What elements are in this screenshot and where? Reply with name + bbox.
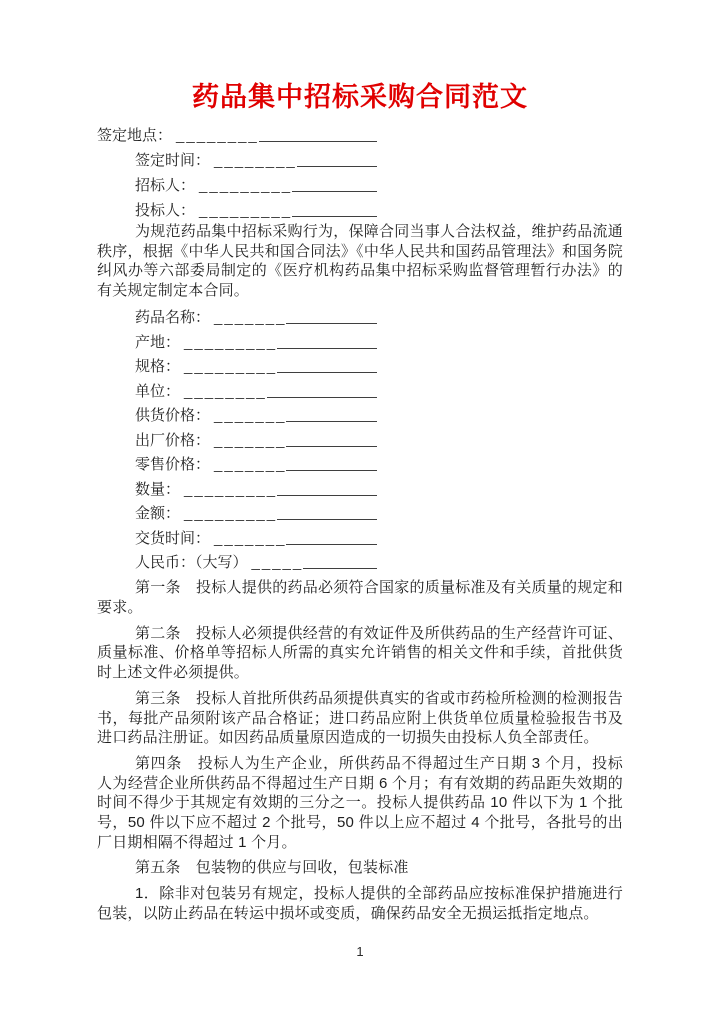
clause-4: 第四条 投标人为生产企业，所供药品不得超过生产日期 3 个月，投标人为经营企业所… xyxy=(97,754,623,853)
field-blank-line xyxy=(259,141,377,142)
clause-2: 第二条 投标人必须提供经营的有效证件及所供药品的生产经营许可证、质量标准、价格单… xyxy=(97,624,623,683)
field-label: 招标人： xyxy=(135,177,195,195)
field-label: 出厂价格： xyxy=(135,432,210,450)
field-label: 零售价格： xyxy=(135,456,210,474)
field-blank-line xyxy=(286,470,377,471)
field-blank-line xyxy=(297,166,377,167)
field-blank-dashes: _________ xyxy=(184,505,277,523)
field-blank-dashes: _________ xyxy=(184,334,277,352)
field-label: 产地： xyxy=(135,334,180,352)
field-row-retail-price: 零售价格： _______ xyxy=(97,450,377,475)
field-row-drug-name: 药品名称： _______ xyxy=(97,303,377,328)
field-row-origin: 产地： _________ xyxy=(97,327,377,352)
preamble-paragraph: 为规范药品集中招标采购行为，保障合同当事人合法权益，维护药品流通秩序，根据《中华… xyxy=(97,222,623,301)
contract-clauses-section: 第一条 投标人提供的药品必须符合国家的质量标准及有关质量的规定和要求。 第二条 … xyxy=(97,578,623,923)
field-row-tenderee: 招标人： _________ xyxy=(97,170,377,195)
field-row-amount: 金额： _________ xyxy=(97,499,377,524)
document-page: 药品集中招标采购合同范文 签定地点： ________ 签定时间： ______… xyxy=(0,0,720,1017)
field-blank-line xyxy=(277,519,377,520)
clause-3: 第三条 投标人首批所供药品须提供真实的省或市药检所检测的检测报告书，每批产品须附… xyxy=(97,689,623,748)
field-label: 交货时间： xyxy=(135,530,210,548)
field-blank-dashes: ________ xyxy=(184,383,267,401)
drug-info-fields-section: 药品名称： _______ 产地： _________ 规格： ________… xyxy=(97,303,623,573)
field-blank-dashes: _______ xyxy=(214,407,286,425)
field-label: 单位： xyxy=(135,383,180,401)
field-blank-line xyxy=(286,544,377,545)
field-blank-line xyxy=(292,191,377,192)
field-blank-dashes: ________ xyxy=(176,127,259,145)
field-blank-line xyxy=(286,446,377,447)
document-title: 药品集中招标采购合同范文 xyxy=(97,84,623,111)
field-blank-dashes: _____ xyxy=(252,554,304,572)
field-blank-line xyxy=(277,372,377,373)
field-blank-dashes: _________ xyxy=(184,481,277,499)
field-label: 规格： xyxy=(135,358,180,376)
field-blank-dashes: _______ xyxy=(214,432,286,450)
field-row-quantity: 数量： _________ xyxy=(97,474,377,499)
field-blank-line xyxy=(277,495,377,496)
field-row-factory-price: 出厂价格： _______ xyxy=(97,425,377,450)
field-blank-line xyxy=(292,216,377,217)
field-label: 药品名称： xyxy=(135,309,210,327)
field-label: 投标人： xyxy=(135,202,195,220)
clause-1: 第一条 投标人提供的药品必须符合国家的质量标准及有关质量的规定和要求。 xyxy=(97,578,623,617)
field-blank-line xyxy=(267,397,377,398)
page-number: 1 xyxy=(0,944,720,959)
field-row-specification: 规格： _________ xyxy=(97,352,377,377)
field-row-delivery-time: 交货时间： _______ xyxy=(97,523,377,548)
field-label: 供货价格： xyxy=(135,407,210,425)
field-label: 金额： xyxy=(135,505,180,523)
field-label: 人民币：（大写） xyxy=(135,554,248,572)
field-row-supply-price: 供货价格： _______ xyxy=(97,401,377,426)
field-blank-line xyxy=(277,348,377,349)
signing-fields-section: 签定地点： ________ 签定时间： ________ 招标人： _____… xyxy=(97,120,623,220)
clause-5-heading: 第五条 包装物的供应与回收，包装标准 xyxy=(97,858,623,878)
field-blank-dashes: _______ xyxy=(214,530,286,548)
field-blank-dashes: _______ xyxy=(214,309,286,327)
field-row-bidder: 投标人： _________ xyxy=(97,195,377,220)
field-blank-dashes: _________ xyxy=(184,358,277,376)
field-blank-dashes: _________ xyxy=(199,177,292,195)
field-blank-line xyxy=(286,421,377,422)
field-label: 数量： xyxy=(135,481,180,499)
clause-5-item-1: 1．除非对包装另有规定，投标人提供的全部药品应按标准保护措施进行包装，以防止药品… xyxy=(97,884,623,923)
field-blank-dashes: ________ xyxy=(214,152,297,170)
field-blank-dashes: _______ xyxy=(214,456,286,474)
field-row-rmb-amount-words: 人民币：（大写） _____ xyxy=(97,548,377,573)
field-blank-dashes: _________ xyxy=(199,202,292,220)
field-row-sign-time: 签定时间： ________ xyxy=(97,145,377,170)
document-content: 药品集中招标采购合同范文 签定地点： ________ 签定时间： ______… xyxy=(0,0,720,924)
field-label: 签定地点： xyxy=(97,127,172,145)
field-row-sign-location: 签定地点： ________ xyxy=(97,120,377,145)
field-label: 签定时间： xyxy=(135,152,210,170)
field-row-unit: 单位： ________ xyxy=(97,376,377,401)
field-blank-line xyxy=(303,568,377,569)
field-blank-line xyxy=(286,323,377,324)
